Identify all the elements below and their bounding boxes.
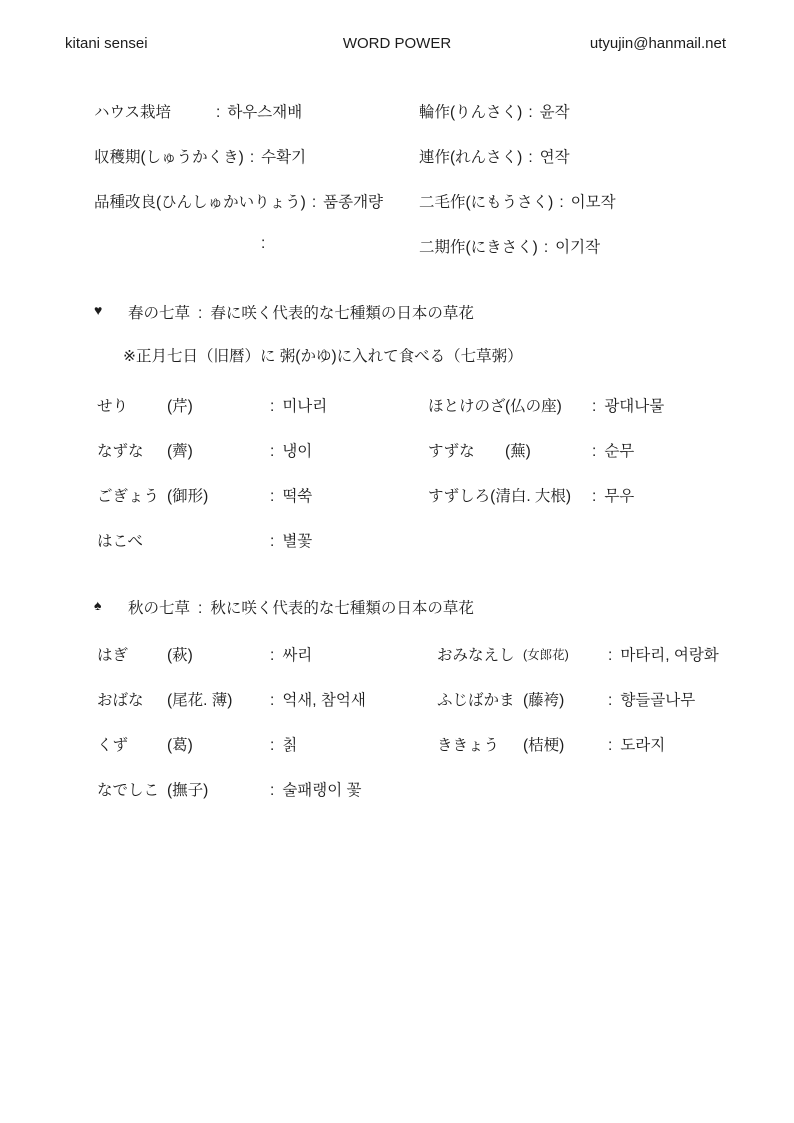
term-kanji: (撫子) bbox=[167, 778, 270, 800]
definition: :냉이 bbox=[270, 439, 327, 461]
term-kanji bbox=[167, 529, 270, 551]
colon-separator: : bbox=[261, 235, 265, 253]
herb-row: すずしろ(清白. 大根):무우 bbox=[428, 484, 664, 504]
kr-meaning: 연작 bbox=[540, 149, 570, 166]
kr-meaning: 마타리, 여랑화 bbox=[620, 647, 718, 664]
colon-separator: : bbox=[544, 239, 548, 257]
spade-icon: ♠ bbox=[94, 597, 101, 613]
definition: :향들골나무 bbox=[608, 688, 719, 710]
spring-subtitle: 春に咲く代表的な七種類の日本の草花 bbox=[210, 305, 474, 322]
autumn-title: 秋の七草 bbox=[128, 600, 190, 617]
term-kana: くず bbox=[97, 733, 167, 755]
term-kana: はこべ bbox=[97, 529, 167, 551]
document-page: kitani sensei WORD POWER utyujin@hanmail… bbox=[0, 0, 794, 1123]
jp-term: 連作(れんさく) bbox=[419, 149, 522, 166]
term-kanji: (薺) bbox=[167, 439, 270, 461]
spring-left-column: せり(芹):미나리 なずな(薺):냉이 ごぎょう(御形):떡쑥 はこべ:별꽃 bbox=[97, 394, 327, 574]
term-kana: すずしろ(清白. 大根) bbox=[428, 484, 505, 506]
colon-separator: : bbox=[528, 149, 532, 167]
definition: :마타리, 여랑화 bbox=[608, 643, 719, 665]
kr-meaning: 순무 bbox=[604, 443, 634, 460]
vocab-row: 二期作(にきさく):이기작 bbox=[419, 235, 616, 255]
colon-separator: : bbox=[270, 647, 274, 665]
colon-separator: : bbox=[528, 104, 532, 122]
definition: :도라지 bbox=[608, 733, 719, 755]
herb-row: なずな(薺):냉이 bbox=[97, 439, 327, 459]
colon-separator: : bbox=[608, 647, 612, 665]
term-kana: なずな bbox=[97, 439, 167, 461]
kr-meaning: 싸리 bbox=[282, 647, 312, 664]
term-kana: すずな bbox=[428, 439, 505, 461]
colon-separator: : bbox=[270, 782, 274, 800]
kr-meaning: 무우 bbox=[604, 488, 634, 505]
definition: :순무 bbox=[592, 439, 664, 461]
herb-row: おみなえし(女郎花):마타리, 여랑화 bbox=[437, 643, 719, 663]
term-kanji: (蕪) bbox=[505, 439, 592, 461]
kr-meaning: 별꽃 bbox=[282, 533, 312, 550]
term-kana: ききょう bbox=[437, 733, 523, 755]
term-kana: せり bbox=[97, 394, 167, 416]
herb-row: なでしこ(撫子):술패랭이 꽃 bbox=[97, 778, 366, 798]
kr-meaning: 수확기 bbox=[261, 149, 306, 166]
kr-meaning: 술패랭이 꽃 bbox=[282, 782, 361, 799]
agriculture-right-column: 輪作(りんさく):윤작 連作(れんさく):연작 二毛作(にもうさく):이모작 二… bbox=[419, 100, 616, 280]
term-kanji: (仏の座) bbox=[505, 394, 592, 416]
vocab-row: 輪作(りんさく):윤작 bbox=[419, 100, 616, 120]
definition: :광대나물 bbox=[592, 394, 664, 416]
term-kanji: (葛) bbox=[167, 733, 270, 755]
colon-separator: : bbox=[198, 305, 202, 323]
kr-meaning: 미나리 bbox=[282, 398, 327, 415]
term-kanji: (芹) bbox=[167, 394, 270, 416]
kr-meaning: 윤작 bbox=[540, 104, 570, 121]
spring-right-column: ほとけのざ(仏の座):광대나물 すずな(蕪):순무 すずしろ(清白. 大根):무… bbox=[428, 394, 664, 529]
herb-row: ごぎょう(御形):떡쑥 bbox=[97, 484, 327, 504]
herb-row: はぎ(萩):싸리 bbox=[97, 643, 366, 663]
agriculture-left-column: ハウス栽培:하우스재배 収穫期(しゅうかくき):수확기 品種改良(ひんしゅかいり… bbox=[94, 100, 383, 280]
vocab-row: 品種改良(ひんしゅかいりょう):품종개량 bbox=[94, 190, 383, 210]
colon-separator: : bbox=[270, 737, 274, 755]
term-kana: ふじばかま bbox=[437, 688, 523, 710]
kr-meaning: 광대나물 bbox=[604, 398, 664, 415]
herb-row: はこべ:별꽃 bbox=[97, 529, 327, 549]
term-kana: なでしこ bbox=[97, 778, 167, 800]
colon-separator: : bbox=[270, 692, 274, 710]
definition: :싸리 bbox=[270, 643, 366, 665]
herb-row: おばな(尾花. 薄):억새, 참억새 bbox=[97, 688, 366, 708]
jp-term: 品種改良(ひんしゅかいりょう) bbox=[94, 194, 306, 211]
colon-separator: : bbox=[312, 194, 316, 212]
vocab-row: 二毛作(にもうさく):이모작 bbox=[419, 190, 616, 210]
kr-meaning: 이모작 bbox=[571, 194, 616, 211]
colon-separator: : bbox=[270, 533, 274, 551]
definition: :별꽃 bbox=[270, 529, 327, 551]
autumn-right-column: おみなえし(女郎花):마타리, 여랑화 ふじばかま(藤袴):향들골나무 ききょう… bbox=[437, 643, 719, 778]
definition: :술패랭이 꽃 bbox=[270, 778, 366, 800]
herb-row: せり(芹):미나리 bbox=[97, 394, 327, 414]
kr-meaning: 이기작 bbox=[555, 239, 600, 256]
term-kanji: (女郎花) bbox=[523, 645, 608, 663]
term-kana: はぎ bbox=[97, 643, 167, 665]
definition: :미나리 bbox=[270, 394, 327, 416]
colon-separator: : bbox=[270, 443, 274, 461]
definition: :무우 bbox=[592, 484, 664, 506]
colon-separator: : bbox=[608, 737, 612, 755]
heart-icon: ♥ bbox=[94, 302, 102, 318]
colon-separator: : bbox=[592, 488, 596, 506]
kr-meaning: 칡 bbox=[282, 737, 297, 754]
colon-separator: : bbox=[592, 398, 596, 416]
term-kanji: (御形) bbox=[167, 484, 270, 506]
kr-meaning: 억새, 참억새 bbox=[282, 692, 365, 709]
term-kana: おみなえし bbox=[437, 643, 523, 665]
term-kanji: (尾花. 薄) bbox=[167, 688, 270, 710]
colon-separator: : bbox=[270, 488, 274, 506]
header-email: utyujin@hanmail.net bbox=[590, 35, 726, 52]
definition: :억새, 참억새 bbox=[270, 688, 366, 710]
definition: :칡 bbox=[270, 733, 366, 755]
colon-separator: : bbox=[216, 104, 220, 122]
kr-meaning: 떡쑥 bbox=[282, 488, 312, 505]
herb-row: すずな(蕪):순무 bbox=[428, 439, 664, 459]
colon-separator: : bbox=[592, 443, 596, 461]
jp-term: ハウス栽培 bbox=[94, 100, 210, 122]
term-kanji: (桔梗) bbox=[523, 733, 608, 755]
vocab-row-empty: : bbox=[255, 235, 383, 255]
kr-meaning: 품종개량 bbox=[323, 194, 383, 211]
vocab-row: 収穫期(しゅうかくき):수확기 bbox=[94, 145, 383, 165]
jp-term: 輪作(りんさく) bbox=[419, 104, 522, 121]
jp-term: 二期作(にきさく) bbox=[419, 239, 538, 256]
colon-separator: : bbox=[270, 398, 274, 416]
herb-row: ほとけのざ(仏の座):광대나물 bbox=[428, 394, 664, 414]
jp-term: 収穫期(しゅうかくき) bbox=[94, 149, 244, 166]
term-kana: おばな bbox=[97, 688, 167, 710]
spring-note: ※正月七日（旧暦）に 粥(かゆ)に入れて食べる（七草粥） bbox=[123, 344, 523, 366]
autumn-section-title: 秋の七草:秋に咲く代表的な七種類の日本の草花 bbox=[128, 596, 474, 618]
herb-row: くず(葛):칡 bbox=[97, 733, 366, 753]
colon-separator: : bbox=[198, 600, 202, 618]
jp-term: 二毛作(にもうさく) bbox=[419, 194, 553, 211]
kr-meaning: 하우스재배 bbox=[227, 104, 302, 121]
term-kana: ごぎょう bbox=[97, 484, 167, 506]
term-kanji: (藤袴) bbox=[523, 688, 608, 710]
kr-meaning: 냉이 bbox=[282, 443, 312, 460]
herb-row: ふじばかま(藤袴):향들골나무 bbox=[437, 688, 719, 708]
colon-separator: : bbox=[559, 194, 563, 212]
kr-meaning: 도라지 bbox=[620, 737, 665, 754]
autumn-left-column: はぎ(萩):싸리 おばな(尾花. 薄):억새, 참억새 くず(葛):칡 なでしこ… bbox=[97, 643, 366, 823]
colon-separator: : bbox=[608, 692, 612, 710]
term-kanji bbox=[505, 484, 592, 506]
autumn-subtitle: 秋に咲く代表的な七種類の日本の草花 bbox=[210, 600, 474, 617]
colon-separator: : bbox=[250, 149, 254, 167]
spring-section-title: 春の七草:春に咲く代表的な七種類の日本の草花 bbox=[128, 301, 474, 323]
term-kanji: (萩) bbox=[167, 643, 270, 665]
spring-title: 春の七草 bbox=[128, 305, 190, 322]
herb-row: ききょう(桔梗):도라지 bbox=[437, 733, 719, 753]
vocab-row: ハウス栽培:하우스재배 bbox=[94, 100, 383, 120]
vocab-row: 連作(れんさく):연작 bbox=[419, 145, 616, 165]
definition: :떡쑥 bbox=[270, 484, 327, 506]
term-kana: ほとけのざ bbox=[428, 394, 505, 416]
kr-meaning: 향들골나무 bbox=[620, 692, 695, 709]
